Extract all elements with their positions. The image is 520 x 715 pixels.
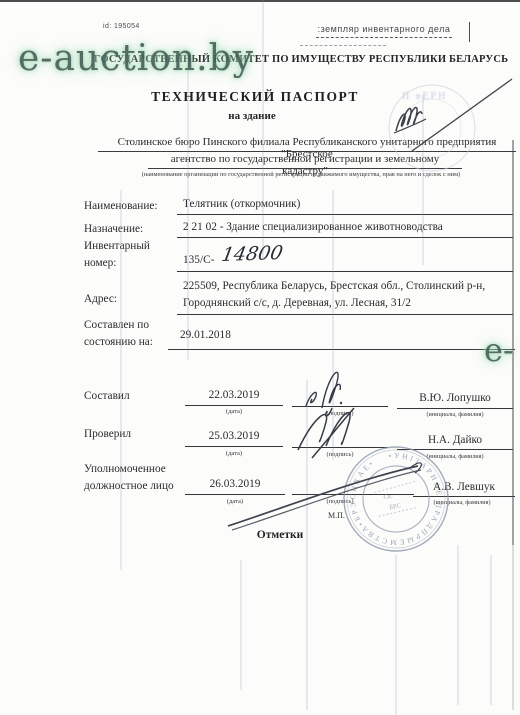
field-value-purpose: 2 21 02 - Здание специализированное живо… [177, 221, 513, 238]
scan-id-note: id: 195054 [103, 23, 140, 30]
scan-streak [395, 555, 397, 715]
signature-slash [412, 79, 512, 151]
field-label-inventory-1: Инвентарный [84, 240, 150, 252]
copy-box-dashes [300, 45, 386, 46]
compiled-date-underline [168, 349, 515, 350]
sig-row2-date: 25.03.2019 [185, 430, 283, 447]
sig-row3-label-1: Уполномоченное [84, 463, 166, 475]
sig-row1-date: 22.03.2019 [185, 389, 283, 406]
field-label-purpose: Назначение: [84, 223, 143, 235]
field-label-address: Адрес: [84, 293, 117, 305]
faint-stamp-text: П вЕРН [402, 91, 447, 102]
inventory-handwritten-number: 14800 [220, 242, 285, 266]
scan-streak [187, 60, 189, 360]
field-value-inventory: 135/С-14800 [177, 246, 513, 272]
signature-2-icon [286, 400, 386, 460]
faint-stamp-with-signature-icon: П вЕРН [360, 73, 518, 191]
technical-passport-scan: id: 195054 :земпляр инвентарного дела e-… [0, 0, 520, 715]
inventory-copy-box: :земпляр инвентарного дела [299, 22, 470, 42]
pen-flourish-icon [222, 452, 427, 534]
sig-row1-initials-caption: (инициалы, фамилия) [397, 411, 513, 418]
sig-row3-label-2: должностное лицо [84, 480, 174, 492]
scan-streak [240, 560, 242, 690]
sig-row1-label: Составил [84, 390, 130, 402]
scan-top-edge [0, 0, 520, 2]
field-value-name: Телятник (откормочник) [177, 198, 513, 215]
field-value-address-line1: 225509, Республика Беларусь, Брестская о… [177, 280, 513, 296]
scan-streak [457, 545, 459, 705]
page-edge-line [512, 545, 514, 710]
sig-row1-name: В.Ю. Лопушко [397, 392, 513, 409]
field-label-compiled-2: состоянию на: [84, 336, 153, 348]
inventory-copy-text: :земпляр инвентарного дела [316, 22, 453, 38]
watermark-e-auction-partial: e- [484, 331, 514, 369]
sig-row1-date-caption: (дата) [185, 408, 283, 415]
field-label-compiled-1: Составлен по [84, 319, 149, 331]
field-label-inventory-2: номер: [84, 257, 116, 269]
watermark-e-auction: e-auction.by [18, 38, 254, 79]
scan-streak [120, 190, 122, 570]
scan-streak [490, 555, 492, 705]
field-value-address-line2: Городнянский с/с, д. Деревная, ул. Лесна… [177, 297, 513, 315]
sig-row2-label: Проверил [84, 428, 131, 440]
scan-streak [262, 0, 264, 260]
